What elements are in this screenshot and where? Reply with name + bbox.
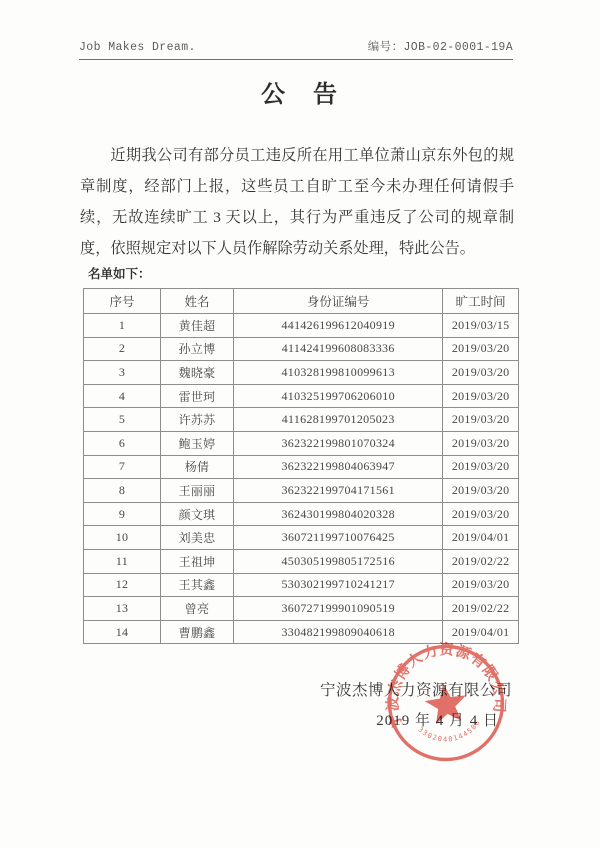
table-cell: 雷世珂 xyxy=(160,384,233,408)
table-cell: 450305199805172516 xyxy=(234,549,443,573)
roster-header-row: 序号姓名身份证编号旷工时间 xyxy=(84,289,519,314)
table-cell: 14 xyxy=(84,620,161,644)
table-cell: 2019/03/20 xyxy=(443,502,519,526)
table-cell: 魏晓豪 xyxy=(160,361,233,385)
table-cell: 曹鹏鑫 xyxy=(160,620,233,644)
signature-company: 宁波杰博人力资源有限公司 xyxy=(320,678,512,700)
table-cell: 441426199612040919 xyxy=(234,314,443,338)
table-cell: 360721199710076425 xyxy=(234,526,443,550)
table-cell: 2019/03/20 xyxy=(443,384,519,408)
table-cell: 2019/02/22 xyxy=(443,549,519,573)
seal-graphic: 宁波杰博人力资源有限公司 3302040144586 xyxy=(376,633,516,773)
table-cell: 411424199608083336 xyxy=(234,337,443,361)
table-row: 14曹鹏鑫3304821998090406182019/04/01 xyxy=(84,620,519,644)
table-cell: 530302199710241217 xyxy=(234,573,443,597)
table-row: 8王丽丽3623221997041715612019/03/20 xyxy=(84,479,519,503)
table-row: 11王祖坤4503051998051725162019/02/22 xyxy=(84,549,519,573)
table-cell: 2019/03/20 xyxy=(443,431,519,455)
table-cell: 2019/03/20 xyxy=(443,455,519,479)
column-header: 姓名 xyxy=(160,289,233,314)
table-cell: 411628199701205023 xyxy=(234,408,443,432)
table-row: 1黄佳超4414261996120409192019/03/15 xyxy=(84,314,519,338)
table-cell: 2019/03/15 xyxy=(443,314,519,338)
document-number: 编号：JOB-02-0001-19A xyxy=(368,38,513,54)
table-row: 4雷世珂4103251997062060102019/03/20 xyxy=(84,384,519,408)
table-row: 2孙立博4114241996080833362019/03/20 xyxy=(84,337,519,361)
announcement-document: Job Makes Dream. 编号：JOB-02-0001-19A 公 告 … xyxy=(0,0,600,848)
table-cell: 362322199704171561 xyxy=(234,479,443,503)
table-cell: 362322199801070324 xyxy=(234,431,443,455)
seal-ring xyxy=(382,639,510,767)
table-row: 9颜文琪3624301998040203282019/03/20 xyxy=(84,502,519,526)
table-cell: 410325199706206010 xyxy=(234,384,443,408)
table-cell: 孙立博 xyxy=(160,337,233,361)
table-cell: 王丽丽 xyxy=(160,479,233,503)
table-row: 7杨倩3623221998040639472019/03/20 xyxy=(84,455,519,479)
table-cell: 鲍玉婷 xyxy=(160,431,233,455)
table-cell: 2019/03/20 xyxy=(443,337,519,361)
table-cell: 5 xyxy=(84,408,161,432)
list-label: 名单如下： xyxy=(88,264,151,282)
table-cell: 13 xyxy=(84,597,161,621)
table-row: 13曾亮3607271999010905192019/02/22 xyxy=(84,597,519,621)
document-header: Job Makes Dream. 编号：JOB-02-0001-19A xyxy=(79,38,513,60)
table-cell: 2019/02/22 xyxy=(443,597,519,621)
table-cell: 362430199804020328 xyxy=(234,502,443,526)
table-cell: 9 xyxy=(84,502,161,526)
table-cell: 360727199901090519 xyxy=(234,597,443,621)
table-cell: 3 xyxy=(84,361,161,385)
roster-body: 1黄佳超4414261996120409192019/03/152孙立博4114… xyxy=(84,314,519,644)
column-header: 身份证编号 xyxy=(234,289,443,314)
column-header: 序号 xyxy=(84,289,161,314)
table-cell: 颜文琪 xyxy=(160,502,233,526)
table-cell: 王祖坤 xyxy=(160,549,233,573)
column-header: 旷工时间 xyxy=(443,289,519,314)
table-cell: 1 xyxy=(84,314,161,338)
table-cell: 王其鑫 xyxy=(160,573,233,597)
table-row: 10刘美忠3607211997100764252019/04/01 xyxy=(84,526,519,550)
company-slogan: Job Makes Dream. xyxy=(79,41,196,54)
table-cell: 10 xyxy=(84,526,161,550)
announcement-paragraph: 近期我公司有部分员工违反所在用工单位萧山京东外包的规章制度，经部门上报，这些员工… xyxy=(80,140,514,264)
table-cell: 杨倩 xyxy=(160,455,233,479)
table-row: 3魏晓豪4103281998100996132019/03/20 xyxy=(84,361,519,385)
table-cell: 330482199809040618 xyxy=(234,620,443,644)
table-cell: 410328199810099613 xyxy=(234,361,443,385)
table-cell: 362322199804063947 xyxy=(234,455,443,479)
table-cell: 4 xyxy=(84,384,161,408)
table-cell: 2 xyxy=(84,337,161,361)
company-seal: 宁波杰博人力资源有限公司 3302040144586 xyxy=(376,633,516,773)
page-title: 公 告 xyxy=(0,74,600,109)
table-cell: 2019/03/20 xyxy=(443,573,519,597)
table-cell: 许苏苏 xyxy=(160,408,233,432)
table-cell: 2019/04/01 xyxy=(443,620,519,644)
table-row: 6鲍玉婷3623221998010703242019/03/20 xyxy=(84,431,519,455)
table-cell: 6 xyxy=(84,431,161,455)
table-cell: 曾亮 xyxy=(160,597,233,621)
table-cell: 12 xyxy=(84,573,161,597)
roster-table: 序号姓名身份证编号旷工时间 1黄佳超4414261996120409192019… xyxy=(83,288,519,644)
table-cell: 2019/03/20 xyxy=(443,408,519,432)
table-cell: 2019/04/01 xyxy=(443,526,519,550)
table-cell: 2019/03/20 xyxy=(443,361,519,385)
signature-date: 2019 年 4 月 4 日 xyxy=(376,709,499,730)
table-cell: 11 xyxy=(84,549,161,573)
table-cell: 2019/03/20 xyxy=(443,479,519,503)
table-cell: 7 xyxy=(84,455,161,479)
table-cell: 黄佳超 xyxy=(160,314,233,338)
table-cell: 8 xyxy=(84,479,161,503)
table-row: 5许苏苏4116281997012050232019/03/20 xyxy=(84,408,519,432)
table-row: 12王其鑫5303021997102412172019/03/20 xyxy=(84,573,519,597)
table-cell: 刘美忠 xyxy=(160,526,233,550)
roster-table-wrap: 序号姓名身份证编号旷工时间 1黄佳超4414261996120409192019… xyxy=(83,288,519,644)
